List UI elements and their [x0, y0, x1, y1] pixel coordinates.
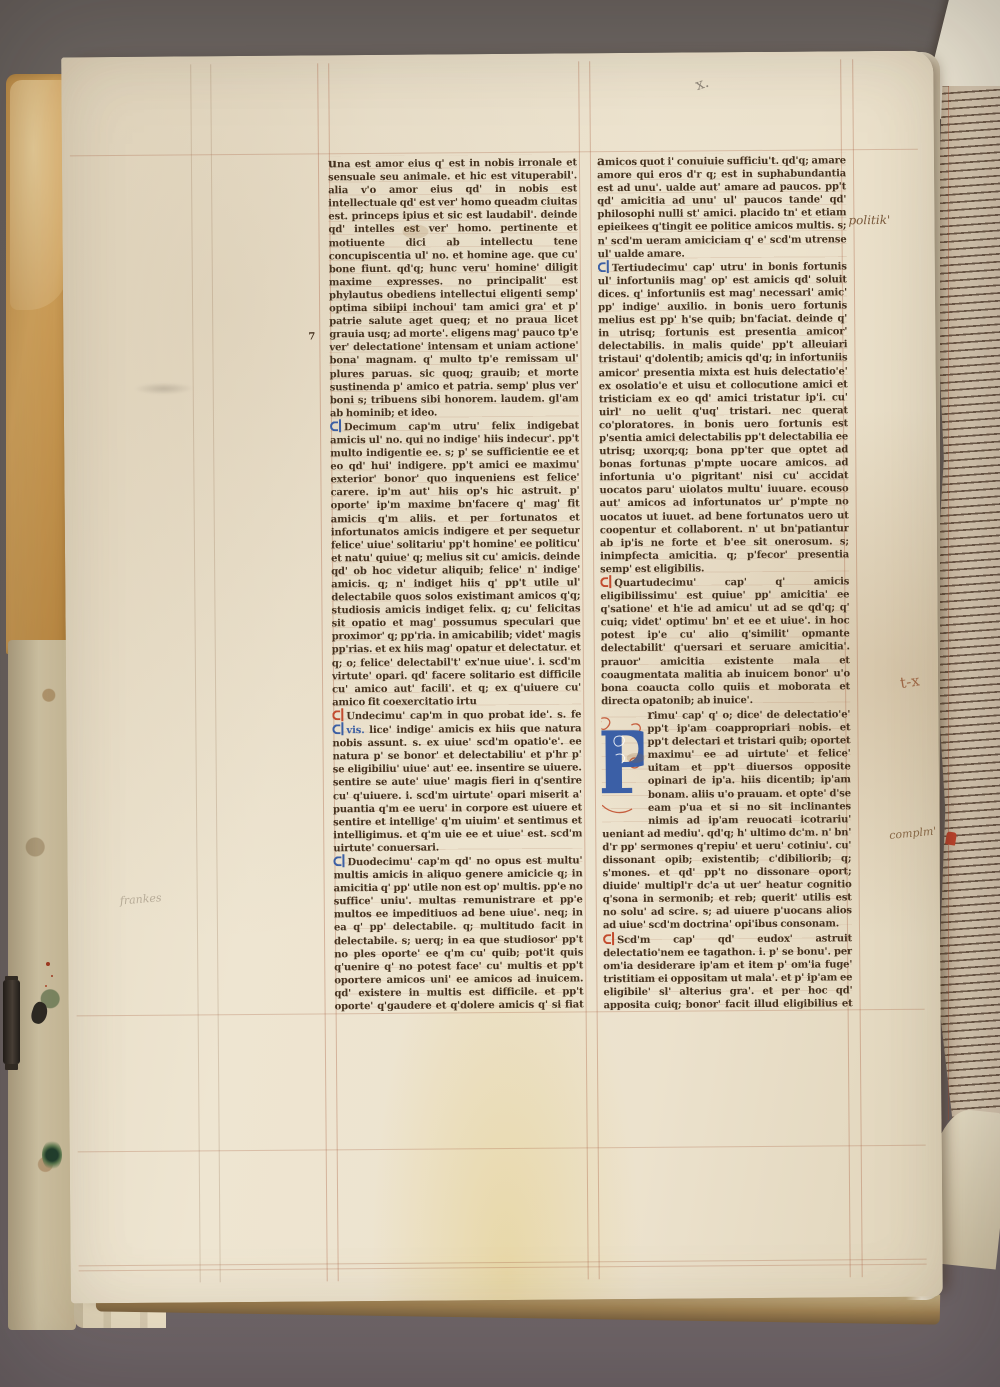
text-block: Quartudecimu' cap' q' amicis eligibiliss…	[600, 574, 850, 708]
text-block: Undecimu' cap'm in quo probat ide'. s. f…	[332, 707, 582, 855]
paraph-mark-blue	[333, 856, 344, 866]
paraph-mark-blue	[330, 421, 341, 431]
margin-tironian-et: 7	[308, 331, 315, 342]
text-block: Tertiudecimu' cap' utru' in bonis fortun…	[598, 259, 849, 576]
pencil-smudge	[134, 382, 194, 394]
text-block: Duodecimu' cap'm qd' no opus est multu' …	[333, 853, 583, 1012]
text-run: Decimum cap'm utru' felix indigebat amic…	[330, 420, 581, 708]
fold-line	[190, 64, 201, 1282]
text-column-left: una est amor eius q' est in nobis irrona…	[328, 154, 584, 1012]
red-ink-specks	[46, 962, 50, 966]
text-block: Primu' cap' q' o; dice' de delectatio'e'…	[601, 706, 852, 933]
text-block: una est amor eius q' est in nobis irrona…	[328, 154, 579, 420]
text-run: amicos quot i' conuiuie sufficiu't. qd'q…	[597, 155, 847, 260]
metal-clasp	[3, 980, 20, 1064]
manuscript-photo: una est amor eius q' est in nobis irrona…	[0, 0, 1000, 1387]
margin-cross-mark: x.	[693, 73, 711, 94]
leather-tear-patch	[10, 80, 68, 310]
manuscript-page: una est amor eius q' est in nobis irrona…	[61, 51, 943, 1304]
margin-tx-mark: t-x	[899, 671, 921, 692]
facing-page-red-paraph	[945, 831, 957, 845]
ruling-line	[78, 1145, 926, 1153]
paraph-mark-red	[332, 710, 343, 720]
margin-note-complm: complm'	[889, 825, 937, 842]
text-run: Tertiudecimu' cap' utru' in bonis fortun…	[598, 261, 849, 575]
ruling-line	[852, 59, 863, 1277]
paraph-mark-red	[603, 934, 614, 944]
text-run: Undecimu' cap'm in quo probat ide'. s. f…	[346, 709, 581, 722]
fold-line	[210, 64, 221, 1282]
text-run: Quartudecimu' cap' q' amicis eligibiliss…	[600, 576, 850, 707]
svg-text:P: P	[597, 713, 644, 815]
text-run: Duodecimu' cap'm qd' no opus est multu' …	[334, 855, 584, 1012]
margin-note-frankes: frankes	[119, 891, 162, 907]
text-column-right: amicos quot i' conuiuie sufficiu't. qd'q…	[597, 152, 853, 1010]
green-stain	[42, 1140, 62, 1170]
text-block: Scd'm cap' qd' eudox' astruit delectatio…	[603, 931, 853, 1010]
paraph-mark-blue	[598, 262, 609, 272]
margin-gloss-politik: politik'	[848, 213, 890, 227]
paraph-mark-red	[600, 577, 611, 587]
text-run: una est amor eius q' est in nobis irrona…	[328, 157, 579, 419]
text-run: lice' indige' amicis ex hiis que natura …	[332, 723, 582, 854]
text-block: amicos quot i' conuiuie sufficiu't. qd'q…	[597, 152, 847, 261]
text-run: vis.	[346, 725, 369, 736]
facing-page-ruling	[948, 86, 949, 1120]
paraph-mark-blue	[332, 724, 343, 734]
text-run: Scd'm cap' qd' eudox' astruit delectatio…	[603, 933, 852, 1010]
illuminated-initial-p: P	[597, 711, 644, 823]
ruling-line	[317, 63, 328, 1281]
text-block: Decimum cap'm utru' felix indigebat amic…	[330, 418, 581, 709]
